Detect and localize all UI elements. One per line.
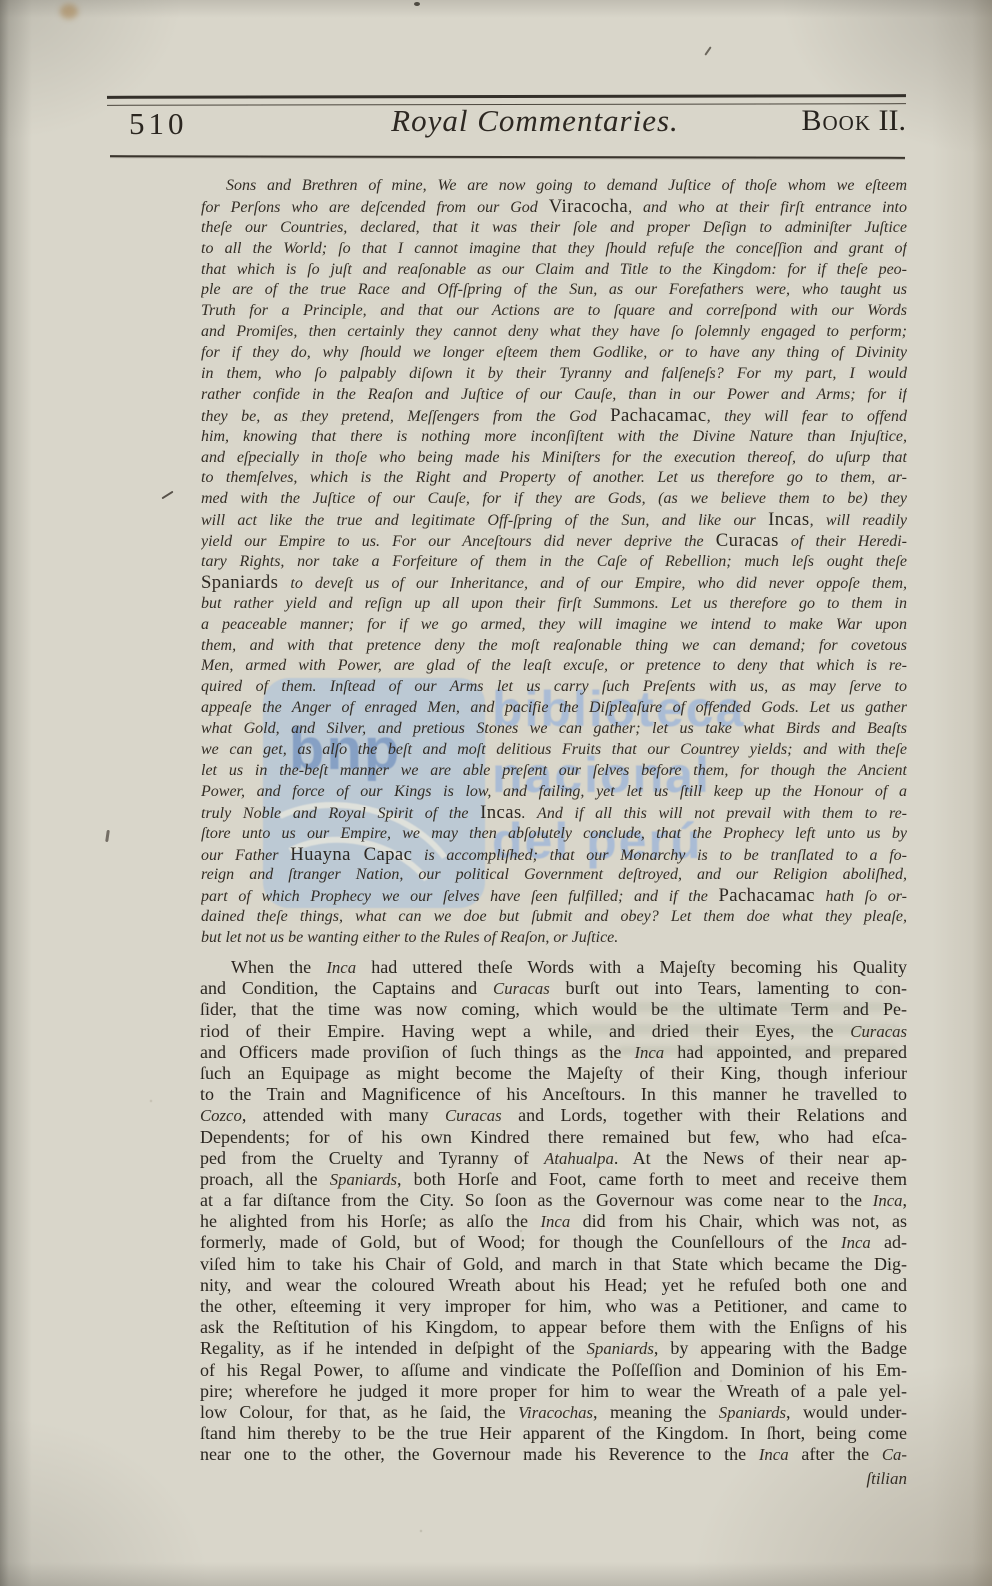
text-run: ſuch an Equipage as might become the Maj…	[200, 1063, 907, 1083]
speech-line: Truth for a Principle, and that our Acti…	[201, 301, 907, 322]
header-rule-bottom	[110, 155, 905, 159]
text-run: to themſelves, which is the Right and Pr…	[201, 469, 907, 486]
text-run: had appointed, and prepared	[664, 1042, 907, 1062]
speech-line: will act like the true and legitimate Of…	[201, 510, 907, 531]
body-line: riod of their Empire. Having wept a whil…	[200, 1021, 907, 1042]
text-run: , and who at their firſt entrance into	[628, 199, 907, 216]
body-line: ſider, that the time was now coming, whi…	[200, 999, 907, 1020]
text-run: and eſpecially in thoſe who being made h…	[201, 449, 907, 466]
text-run: Men, armed with Power, are glad of the l…	[201, 657, 907, 674]
text-run: to all the World; ſo that I cannot imagi…	[201, 240, 907, 257]
speech-line: tary Rights, nor take a Forfeiture of th…	[201, 552, 907, 573]
book-numeral: II.	[879, 104, 906, 137]
speech-line: but let not us be wanting either to the …	[201, 928, 907, 949]
proper-noun: Inca	[634, 1043, 664, 1062]
text-run: , would under-	[786, 1402, 907, 1422]
text-run: they be, as they pretend, Meſſengers fro…	[201, 408, 610, 425]
text-run: . At the News of their near ap-	[614, 1148, 907, 1168]
speech-line: theſe our Countries, declared, that it w…	[201, 218, 907, 239]
text-run: ped from the Cruelty and Tyranny of	[200, 1148, 544, 1168]
text-run: , meaning the	[593, 1402, 719, 1422]
text-run: let us in the-beſt manner we are able pr…	[201, 762, 907, 779]
proper-noun: Curacas	[850, 1022, 907, 1041]
paper-specks	[0, 0, 2, 2]
text-run: viſed him to take his Chair of Gold, and…	[200, 1254, 907, 1274]
text-run: ad-	[871, 1232, 907, 1252]
speech-line: to all the World; ſo that I cannot imagi…	[201, 239, 907, 260]
proper-noun: Curacas	[445, 1106, 502, 1125]
text-run: , attended with many	[242, 1105, 445, 1125]
proper-noun: Viracochas	[518, 1403, 593, 1422]
body-line: to the Train and Magnificence of his Anc…	[200, 1084, 907, 1105]
text-run: Truth for a Principle, and that our Acti…	[201, 302, 907, 319]
text-run: ſtand him thereby to be the true Heir ap…	[200, 1423, 907, 1443]
speech-line: for if they do, why ſhould we longer eſt…	[201, 343, 907, 364]
proper-noun: Inca	[540, 1212, 570, 1231]
text-run: When the	[231, 957, 326, 977]
text-run: . And if all this will not prevail with …	[522, 805, 907, 822]
narrative-paragraph: When the Inca had uttered theſe Words wi…	[200, 957, 907, 1466]
proper-noun: Spaniards	[719, 1403, 786, 1422]
text-run: for if they do, why ſhould we longer eſt…	[201, 344, 907, 361]
text-run: , will readily	[810, 512, 907, 529]
text-run: but rather yield and reſign up all upon …	[201, 595, 907, 612]
text-run: burſt out into Tears, lamenting to con-	[550, 978, 907, 998]
body-line: near one to the other, the Governour mad…	[200, 1444, 907, 1465]
body-line: Regality, as if he intended in deſpight …	[200, 1338, 907, 1359]
text-run: ſider, that the time was now coming, whi…	[200, 999, 907, 1019]
text-run: will act like the true and legitimate Of…	[201, 512, 768, 529]
text-run: ple are of the true Race and Off-ſpring …	[201, 281, 907, 298]
speech-line: dained theſe things, what can we doe but…	[201, 907, 907, 928]
body-line: Dependents; for of his own Kindred there…	[200, 1127, 907, 1148]
proper-noun: Curacas	[493, 979, 550, 998]
body-line: When the Inca had uttered theſe Words wi…	[200, 957, 907, 978]
body-line: proach, all the Spaniards, both Horſe an…	[200, 1169, 907, 1190]
text-run: Dependents; for of his own Kindred there…	[200, 1127, 907, 1147]
speech-line: Sons and Brethren of mine, We are now go…	[201, 176, 907, 197]
text-run: reign and ſtranger Nation, our political…	[201, 866, 907, 883]
text-run: the other, eſteeming it very improper fo…	[200, 1296, 907, 1316]
text-run: low Colour, for that, as he ſaid, the	[200, 1402, 518, 1422]
catchword: ſtilian	[700, 1469, 907, 1489]
text-run: Regality, as if he intended in deſpight …	[200, 1338, 587, 1358]
text-run: riod of their Empire. Having wept a whil…	[200, 1021, 850, 1041]
text-run: Power, and force of our Kings is low, an…	[201, 783, 907, 800]
speech-line: and eſpecially in thoſe who being made h…	[201, 448, 907, 469]
text-run: did from his Chair, which was not, as	[570, 1211, 907, 1231]
text-run: near one to the other, the Governour mad…	[200, 1444, 759, 1464]
foxing-spot	[60, 4, 78, 19]
speech-line: Men, armed with Power, are glad of the l…	[201, 656, 907, 677]
body-line: he alighted from his Horſe; as alſo the …	[200, 1211, 907, 1232]
proper-noun: Viracocha	[549, 197, 628, 217]
speech-line: our Father Huayna Capac is accompliſhed;…	[201, 845, 907, 866]
text-run: after the	[789, 1444, 882, 1464]
text-run: but let not us be wanting either to the …	[201, 929, 618, 946]
speech-line: Spaniards to deveſt us of our Inheritanc…	[201, 573, 907, 594]
proper-noun: Spaniards	[201, 573, 278, 593]
text-run: , both Horſe and Foot, came forth to mee…	[397, 1169, 907, 1189]
proper-noun: Incas	[480, 803, 521, 823]
speech-line: quired of them. Inſtead of our Arms let …	[201, 677, 907, 698]
text-run: truly Noble and Royal Spirit of the	[201, 805, 480, 822]
proper-noun: Inca	[873, 1191, 903, 1210]
proper-noun: Atahualpa	[544, 1149, 614, 1168]
margin-ink-mark	[161, 491, 173, 500]
text-run: tary Rights, nor take a Forfeiture of th…	[201, 553, 907, 570]
text-run: our Father	[201, 847, 290, 864]
proper-noun: Ca-	[882, 1445, 907, 1464]
body-line: ſtand him thereby to be the true Heir ap…	[200, 1423, 907, 1444]
text-run: is accompliſhed; that our Monarchy is to…	[412, 847, 907, 864]
body-line: and Officers made proviſion of ſuch thin…	[200, 1042, 907, 1063]
speech-line: part of which Prophecy we our ſelves hav…	[201, 886, 907, 907]
proper-noun: Incas	[768, 510, 809, 530]
text-run: and Promiſes, then certainly they cannot…	[201, 323, 907, 340]
speech-line: they be, as they pretend, Meſſengers fro…	[201, 406, 907, 427]
speech-line: med with the Juſtice of our Cauſe, for i…	[201, 489, 907, 510]
text-run: , they will fear to offend	[707, 408, 907, 425]
text-run: , by appearing with the Badge	[654, 1338, 907, 1358]
body-line: and Condition, the Captains and Curacas …	[200, 978, 907, 999]
margin-ink-mark	[105, 830, 110, 842]
text-run: med with the Juſtice of our Cauſe, for i…	[201, 490, 907, 507]
body-line: of his Regal Power, to aſſume and vindic…	[200, 1360, 907, 1381]
body-line: low Colour, for that, as he ſaid, the Vi…	[200, 1402, 907, 1423]
speech-line: yield our Empire to us. For our Anceſtou…	[201, 531, 907, 552]
text-run: proach, all the	[200, 1169, 330, 1189]
text-run: him, knowing that there is nothing more …	[201, 428, 907, 445]
speech-line: but rather yield and reſign up all upon …	[201, 594, 907, 615]
text-run: yield our Empire to us. For our Anceſtou…	[201, 533, 716, 550]
speech-line: in them, who ſo palpably diſown it by th…	[201, 364, 907, 385]
speech-line: a peaceable manner; for if we go armed, …	[201, 615, 907, 636]
margin-ink-mark	[704, 46, 711, 55]
text-run: what Gold, and Silver, and pretious Ston…	[201, 720, 907, 737]
text-run: to the Train and Magnificence of his Anc…	[200, 1084, 907, 1104]
speech-line: appeaſe the Anger of enraged Men, and pa…	[201, 698, 907, 719]
proper-noun: Inca	[759, 1445, 789, 1464]
text-run: part of which Prophecy we our ſelves hav…	[201, 888, 718, 905]
speech-line: let us in the-beſt manner we are able pr…	[201, 761, 907, 782]
speech-line: ple are of the true Race and Off-ſpring …	[201, 280, 907, 301]
body-line: the other, eſteeming it very improper fo…	[200, 1296, 907, 1317]
proper-noun: Curacas	[716, 531, 779, 551]
speech-line: rather confide in the Reaſon and Juſtice…	[201, 385, 907, 406]
text-run: pire; wherefore he judged it more proper…	[200, 1381, 907, 1401]
speech-line: reign and ſtranger Nation, our political…	[201, 865, 907, 886]
text-run: them, and with that pretence deny the mo…	[201, 637, 907, 654]
text-run: ,	[903, 1190, 908, 1210]
speech-line: Power, and force of our Kings is low, an…	[201, 782, 907, 803]
body-line: ask the Reſtitution of his Kingdom, to a…	[200, 1317, 907, 1338]
text-run: dained theſe things, what can we doe but…	[201, 908, 907, 925]
body-line: viſed him to take his Chair of Gold, and…	[200, 1254, 907, 1275]
text-run: rather confide in the Reaſon and Juſtice…	[201, 386, 907, 403]
proper-noun: Pachacamac	[610, 406, 706, 426]
proper-noun: Spaniards	[330, 1170, 397, 1189]
body-line: at a far diſtance from the City. So ſoon…	[200, 1190, 907, 1211]
proper-noun: Pachacamac	[718, 886, 814, 906]
text-run: at a far diſtance from the City. So ſoon…	[200, 1190, 873, 1210]
speech-line: what Gold, and Silver, and pretious Ston…	[201, 719, 907, 740]
speech-line: them, and with that pretence deny the mo…	[201, 636, 907, 657]
text-run: and Lords, together with their Relations…	[502, 1105, 907, 1125]
text-run: hath ſo or-	[815, 888, 907, 905]
page-number: 510	[129, 106, 188, 142]
text-run: and Condition, the Captains and	[200, 978, 493, 998]
proper-noun: Cozco	[200, 1106, 242, 1125]
text-run: of his Regal Power, to aſſume and vindic…	[200, 1360, 907, 1380]
proper-noun: Huayna Capac	[290, 845, 412, 865]
text-run: that which is ſo juſt and reaſonable as …	[201, 261, 907, 278]
text-run: a peaceable manner; for if we go armed, …	[201, 616, 907, 633]
body-line: ſuch an Equipage as might become the Maj…	[200, 1063, 907, 1084]
text-run: formerly, made of Gold, but of Wood; for…	[200, 1232, 841, 1252]
speech-line: to themſelves, which is the Right and Pr…	[201, 468, 907, 489]
text-run: appeaſe the Anger of enraged Men, and pa…	[201, 699, 907, 716]
text-run: he alighted from his Horſe; as alſo the	[200, 1211, 540, 1231]
text-run: ask the Reſtitution of his Kingdom, to a…	[200, 1317, 907, 1337]
text-run: in them, who ſo palpably diſown it by th…	[201, 365, 907, 382]
speech-line: that which is ſo juſt and reaſonable as …	[201, 260, 907, 281]
scanned-book-page: 510 Royal Commentaries. Book II. bnp bib…	[0, 0, 992, 1586]
text-run: had uttered theſe Words with a Majeſty b…	[356, 957, 907, 977]
text-run: for Perſons who are deſcended from our G…	[201, 199, 549, 216]
ink-speck	[414, 2, 420, 6]
text-run: quired of them. Inſtead of our Arms let …	[201, 678, 907, 695]
book-label: Book II.	[690, 104, 906, 138]
text-run: we can get, as alſo the beſt and moſt de…	[201, 741, 907, 758]
proper-noun: Inca	[841, 1233, 871, 1252]
book-word: Book	[802, 104, 872, 137]
speech-paragraph: Sons and Brethren of mine, We are now go…	[201, 176, 907, 949]
text-run: ſtore unto us our Empire, we may then ab…	[201, 825, 907, 842]
speech-line: truly Noble and Royal Spirit of the Inca…	[201, 803, 907, 824]
text-run: of their Heredi-	[779, 533, 907, 550]
speech-line: him, knowing that there is nothing more …	[201, 427, 907, 448]
text-run: and Officers made proviſion of ſuch thin…	[200, 1042, 634, 1062]
speech-line: for Perſons who are deſcended from our G…	[201, 197, 907, 218]
speech-line: and Promiſes, then certainly they cannot…	[201, 322, 907, 343]
text-run: to deveſt us of our Inheritance, and of …	[278, 575, 907, 592]
proper-noun: Inca	[326, 958, 356, 977]
speech-line: ſtore unto us our Empire, we may then ab…	[201, 824, 907, 845]
text-run: Sons and Brethren of mine, We are now go…	[226, 177, 907, 194]
proper-noun: Spaniards	[587, 1339, 654, 1358]
body-line: ped from the Cruelty and Tyranny of Atah…	[200, 1148, 907, 1169]
text-run: nity, and wear the coloured Wreath about…	[200, 1275, 907, 1295]
body-line: Cozco, attended with many Curacas and Lo…	[200, 1105, 907, 1126]
body-line: pire; wherefore he judged it more proper…	[200, 1381, 907, 1402]
speech-line: we can get, as alſo the beſt and moſt de…	[201, 740, 907, 761]
body-line: nity, and wear the coloured Wreath about…	[200, 1275, 907, 1296]
body-line: formerly, made of Gold, but of Wood; for…	[200, 1232, 907, 1253]
text-run: theſe our Countries, declared, that it w…	[201, 219, 907, 236]
